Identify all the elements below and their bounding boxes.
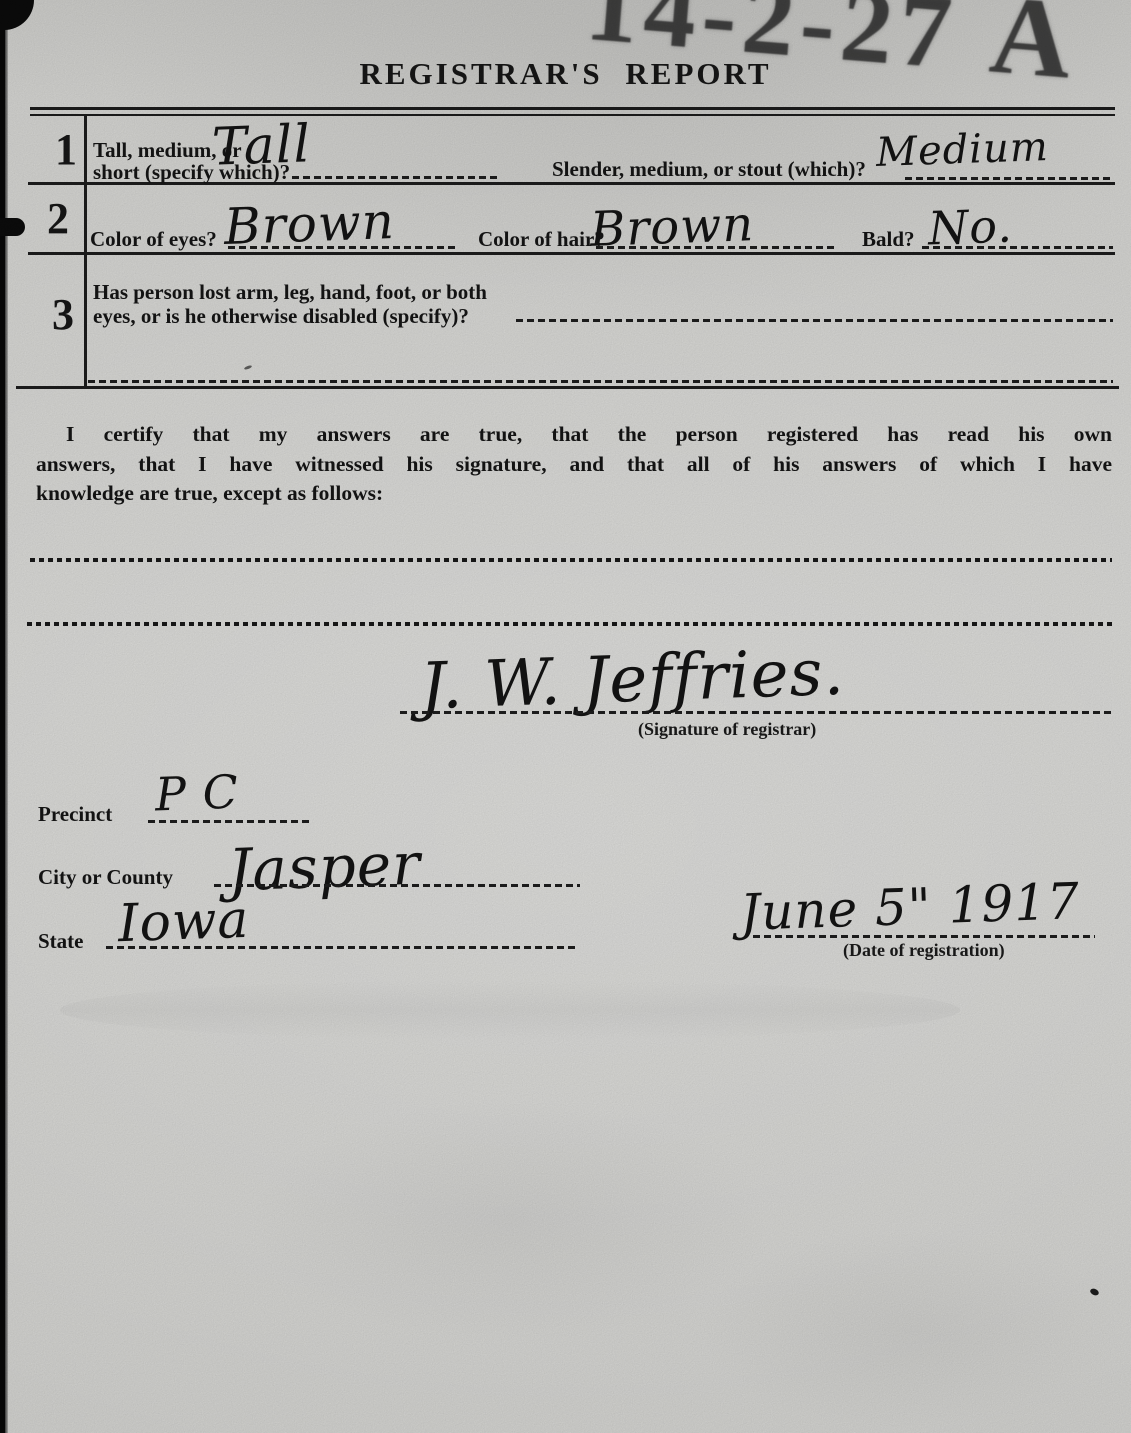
- disability-answer-line-2: [88, 380, 1113, 383]
- city-or-county-value-handwriting: Jasper: [227, 835, 422, 900]
- scan-edge-notch: [0, 218, 25, 236]
- build-question: Slender, medium, or stout (which)?: [552, 158, 866, 181]
- scan-corner-top-left: [0, 0, 34, 30]
- state-line: [106, 946, 578, 949]
- precinct-line: [148, 820, 312, 823]
- disability-answer-line-1: [516, 319, 1113, 322]
- hair-color-answer-line: [596, 246, 838, 249]
- disability-question-line1: Has person lost arm, leg, hand, foot, or…: [93, 281, 487, 304]
- height-answer-handwriting: Tall: [211, 118, 312, 173]
- row-number-2: 2: [47, 197, 69, 241]
- state-value-handwriting: Iowa: [117, 894, 250, 951]
- precinct-label: Precinct: [38, 803, 112, 826]
- paper-crease: [60, 980, 960, 1040]
- row-number-3: 3: [52, 293, 74, 337]
- bald-question: Bald?: [862, 228, 915, 251]
- certification-line-2: answers, that I have witnessed his signa…: [36, 450, 1112, 480]
- certification-line-3: knowledge are true, except as follows:: [36, 479, 1112, 509]
- hair-color-question: Color of hair?: [478, 228, 605, 251]
- eye-color-answer-line: [228, 246, 456, 249]
- build-answer-line: [905, 177, 1113, 180]
- city-or-county-line: [214, 884, 580, 887]
- paper-smudge: [700, 1230, 1120, 1430]
- city-or-county-label: City or County: [38, 866, 173, 889]
- disability-question-line2: eyes, or is he otherwise disabled (speci…: [93, 305, 469, 328]
- table-top-double-rule: [30, 107, 1115, 116]
- certification-statement: I certify that my answers are true, that…: [36, 420, 1112, 509]
- state-label: State: [38, 930, 84, 953]
- precinct-value-handwriting: P C: [154, 769, 239, 818]
- signature-caption: (Signature of registrar): [638, 719, 816, 740]
- exceptions-line-1: [30, 558, 1112, 562]
- registrar-signature-handwriting: J. W. Jeffries.: [419, 641, 846, 720]
- table-bottom-rule: [16, 386, 1119, 389]
- certification-line-1: I certify that my answers are true, that…: [36, 420, 1112, 450]
- ink-speck: [244, 365, 253, 371]
- height-answer-line: [292, 176, 500, 179]
- row-number-1: 1: [55, 128, 77, 172]
- registration-date-handwriting: June 5" 1917: [739, 876, 1080, 938]
- build-answer-handwriting: Medium: [875, 127, 1049, 173]
- bald-answer-line: [922, 246, 1113, 249]
- signature-line: [400, 711, 1112, 714]
- page-title: REGISTRAR'S REPORT: [0, 56, 1131, 92]
- eye-color-answer-handwriting: Brown: [223, 196, 395, 252]
- registration-date-caption: (Date of registration): [843, 940, 1005, 961]
- paper-smudge: [250, 1100, 770, 1340]
- bald-answer-handwriting: No.: [927, 203, 1013, 252]
- registration-date-line: [753, 935, 1095, 938]
- ink-speck: [1089, 1287, 1100, 1296]
- registrar-report-scan: 14-2-27A REGISTRAR'S REPORT 1 2 3 Tall, …: [0, 0, 1131, 1433]
- scan-edge-left: [0, 0, 8, 1433]
- exceptions-line-2: [27, 622, 1113, 626]
- eye-color-question: Color of eyes?: [90, 228, 217, 251]
